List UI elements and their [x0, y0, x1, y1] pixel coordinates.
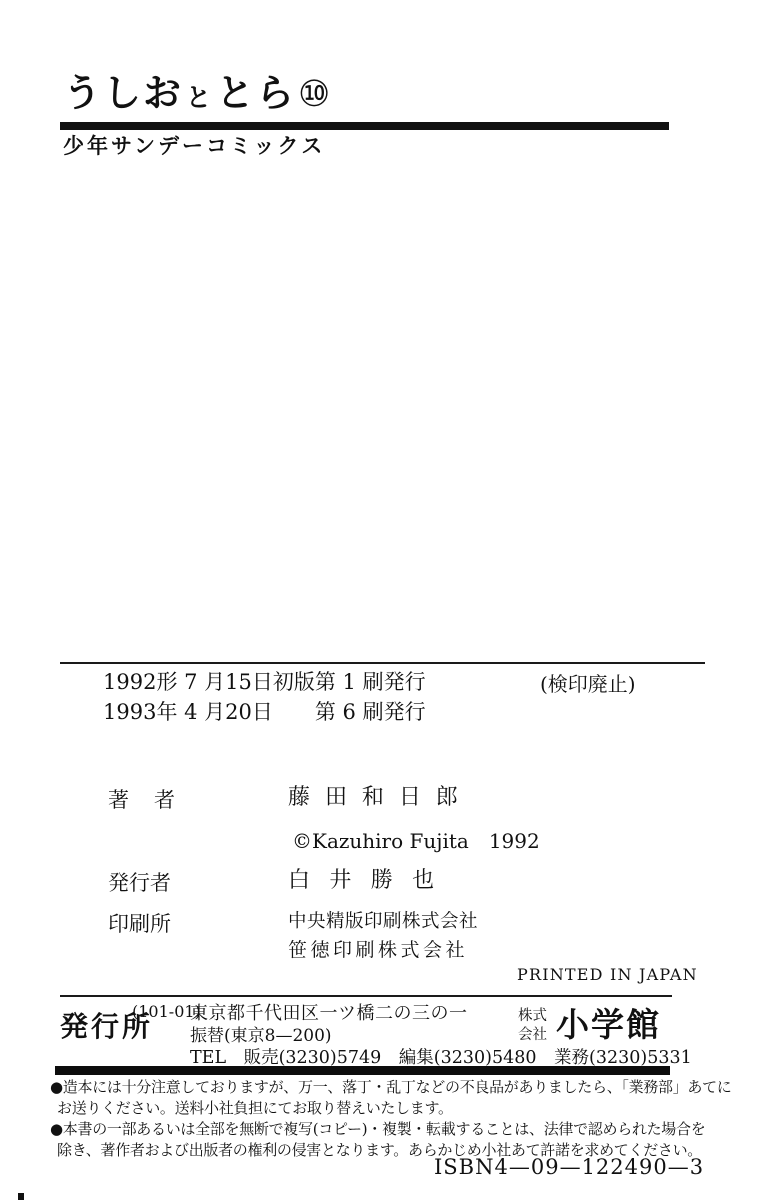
title-underline [60, 122, 669, 130]
printer-name-2: 笹徳印刷株式会社 [288, 941, 468, 960]
author-label: 著 者 [108, 790, 177, 811]
series-name: 少年サンデーコミックス [63, 136, 325, 157]
postal-transfer-account: 振替(東京8—200) [190, 1028, 332, 1045]
thick-divider-bar [55, 1066, 670, 1075]
publisher-company-name: 小学館 [556, 1008, 661, 1041]
publisher-label: 発行者 [108, 873, 171, 894]
first-printing-date: 1992形 7 月15日初版第 1 刷発行 [103, 672, 426, 693]
divider-above-dates [60, 662, 705, 664]
company-type-line-1: 株式 [518, 1007, 554, 1026]
title-part-2: とら [216, 70, 296, 115]
notice-line-1: ●造本には十分注意しておりますが、万一、落丁・乱丁などの不良品がありましたら、「… [50, 1080, 732, 1095]
company-type-line-2: 会社 [518, 1026, 554, 1045]
title-particle: と [186, 83, 213, 112]
office-address: 東京都千代田区一ツ橋二の三の一 [190, 1005, 468, 1023]
colophon-page: うしおととら⑩ 少年サンデーコミックス 1992形 7 月15日初版第 1 刷発… [0, 0, 758, 1200]
title-volume-badge: ⑩ [298, 74, 332, 115]
page-corner-mark [18, 1193, 24, 1200]
page-title: うしおととら⑩ [63, 74, 332, 113]
company-type-stacked: 株式 会社 [518, 1007, 554, 1045]
inspection-abolished-note: (検印廃止) [540, 674, 636, 694]
isbn-number: ISBN4—09—122490—3 [434, 1157, 704, 1178]
reprint-date: 1993年 4 月20日 第 6 刷発行 [103, 702, 426, 723]
author-name: 藤田和日郎 [288, 787, 473, 809]
printed-in-japan: PRINTED IN JAPAN [517, 967, 698, 983]
title-part-1: うしお [63, 70, 183, 115]
divider-above-office [60, 995, 672, 997]
printer-name-1: 中央精版印刷株式会社 [288, 913, 478, 932]
printer-label: 印刷所 [108, 914, 171, 935]
publisher-name: 白井勝也 [288, 870, 453, 892]
telephone-numbers: TEL 販売(3230)5749 編集(3230)5480 業務(3230)53… [190, 1050, 692, 1068]
notice-line-2: お送りください。送料小社負担にてお取り替えいたします。 [57, 1101, 453, 1116]
notice-line-3: ●本書の一部あるいは全部を無断で複写(コピー)・複製・転載することは、法律で認め… [50, 1122, 705, 1137]
copyright-notice: ©Kazuhiro Fujita 1992 [292, 831, 540, 851]
